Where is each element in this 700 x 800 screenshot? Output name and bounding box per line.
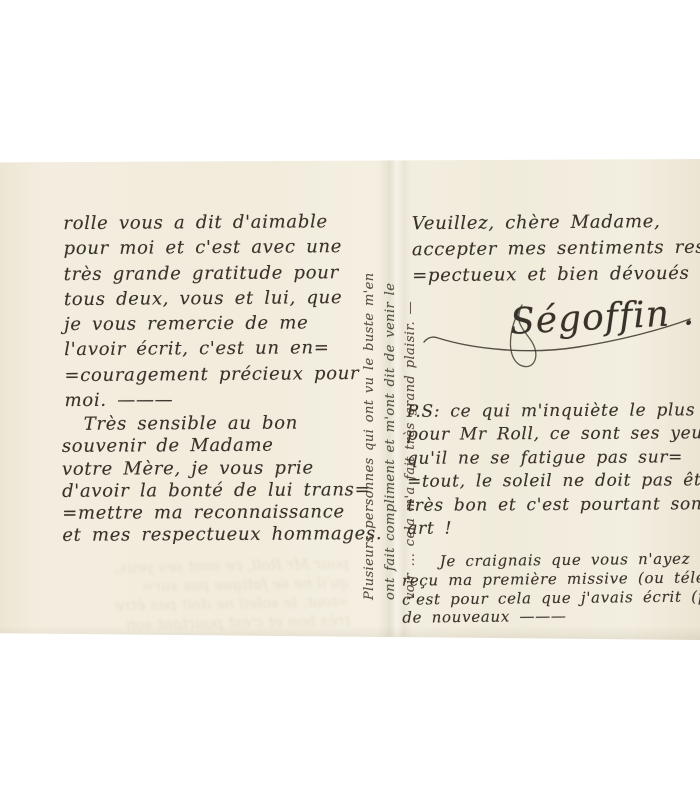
right-page-closing: Veuillez, chère Madame, accepter mes sen… [412, 209, 700, 290]
letter-line: ont fait compliment et m'ont dit de veni… [381, 168, 402, 600]
show-through-ghost: pour Mr Roll, ce sont ses yeux, qu'il ne… [69, 555, 350, 636]
letter-line: tous deux, vous et lui, que [64, 285, 376, 312]
right-page-final-paragraph: Je craignais que vous n'ayez pas reçu ma… [402, 549, 700, 627]
letter-line: l'avoir écrit, c'est un en= [64, 335, 376, 362]
letter-line: je vous remercie de me [64, 310, 376, 337]
letter-line: très bon et c'est pourtant son [407, 493, 700, 518]
left-page-paragraph-2: Très sensible au bon souvenir de Madame … [62, 412, 375, 547]
letter-line: très grande gratitude pour [64, 260, 376, 287]
letter-line: pour Mr Roll, ce sont ses yeux, [407, 423, 700, 448]
letter-line: d'avoir la bonté de lui trans= [62, 479, 374, 503]
letter-line: de nouveaux ——— [402, 606, 700, 628]
letter-line: votre Mère, je vous prie [62, 457, 374, 481]
letter-line: c'est pour cela que j'avais écrit (pneum… [402, 587, 700, 609]
letter-line: et mes respectueux hommages. [62, 524, 374, 548]
letter-line: pour moi et c'est avec une [63, 234, 375, 261]
letter-line: P.S: ce qui m'inquiète le plus [407, 399, 700, 424]
letter-line: Très sensible au bon [62, 412, 374, 436]
right-page-postscript: P.S: ce qui m'inquiète le plus pour Mr R… [407, 399, 700, 541]
letter-line: rolle vous a dit d'aimable [63, 209, 375, 236]
letter-line: art ! [407, 516, 700, 541]
letter-line: accepter mes sentiments res= [412, 235, 700, 264]
letter-line: Plusieurs personnes qui ont vu le buste … [360, 168, 381, 600]
letter-line: =couragement précieux pour [64, 361, 376, 388]
letter-line: qu'il ne se fatigue pas sur= [407, 446, 700, 471]
letter-line: Veuillez, chère Madame, [412, 209, 700, 238]
letter-line: moi. ——— [65, 386, 377, 413]
signature-block: Ségoffin . [418, 289, 698, 375]
letter-line: souvenir de Madame [62, 434, 374, 458]
left-page-paragraph-1: rolle vous a dit d'aimable pour moi et c… [63, 209, 376, 414]
letter-paper: pour Mr Roll, ce sont ses yeux, qu'il ne… [0, 159, 700, 640]
letter-line: =tout, le soleil ne doit pas être [407, 469, 700, 494]
letter-line: =pectueux et bien dévoués [412, 261, 700, 290]
letter-line: =mettre ma reconnaissance [62, 501, 374, 525]
letter-line: reçu ma première missive (ou télégramme [402, 568, 700, 590]
